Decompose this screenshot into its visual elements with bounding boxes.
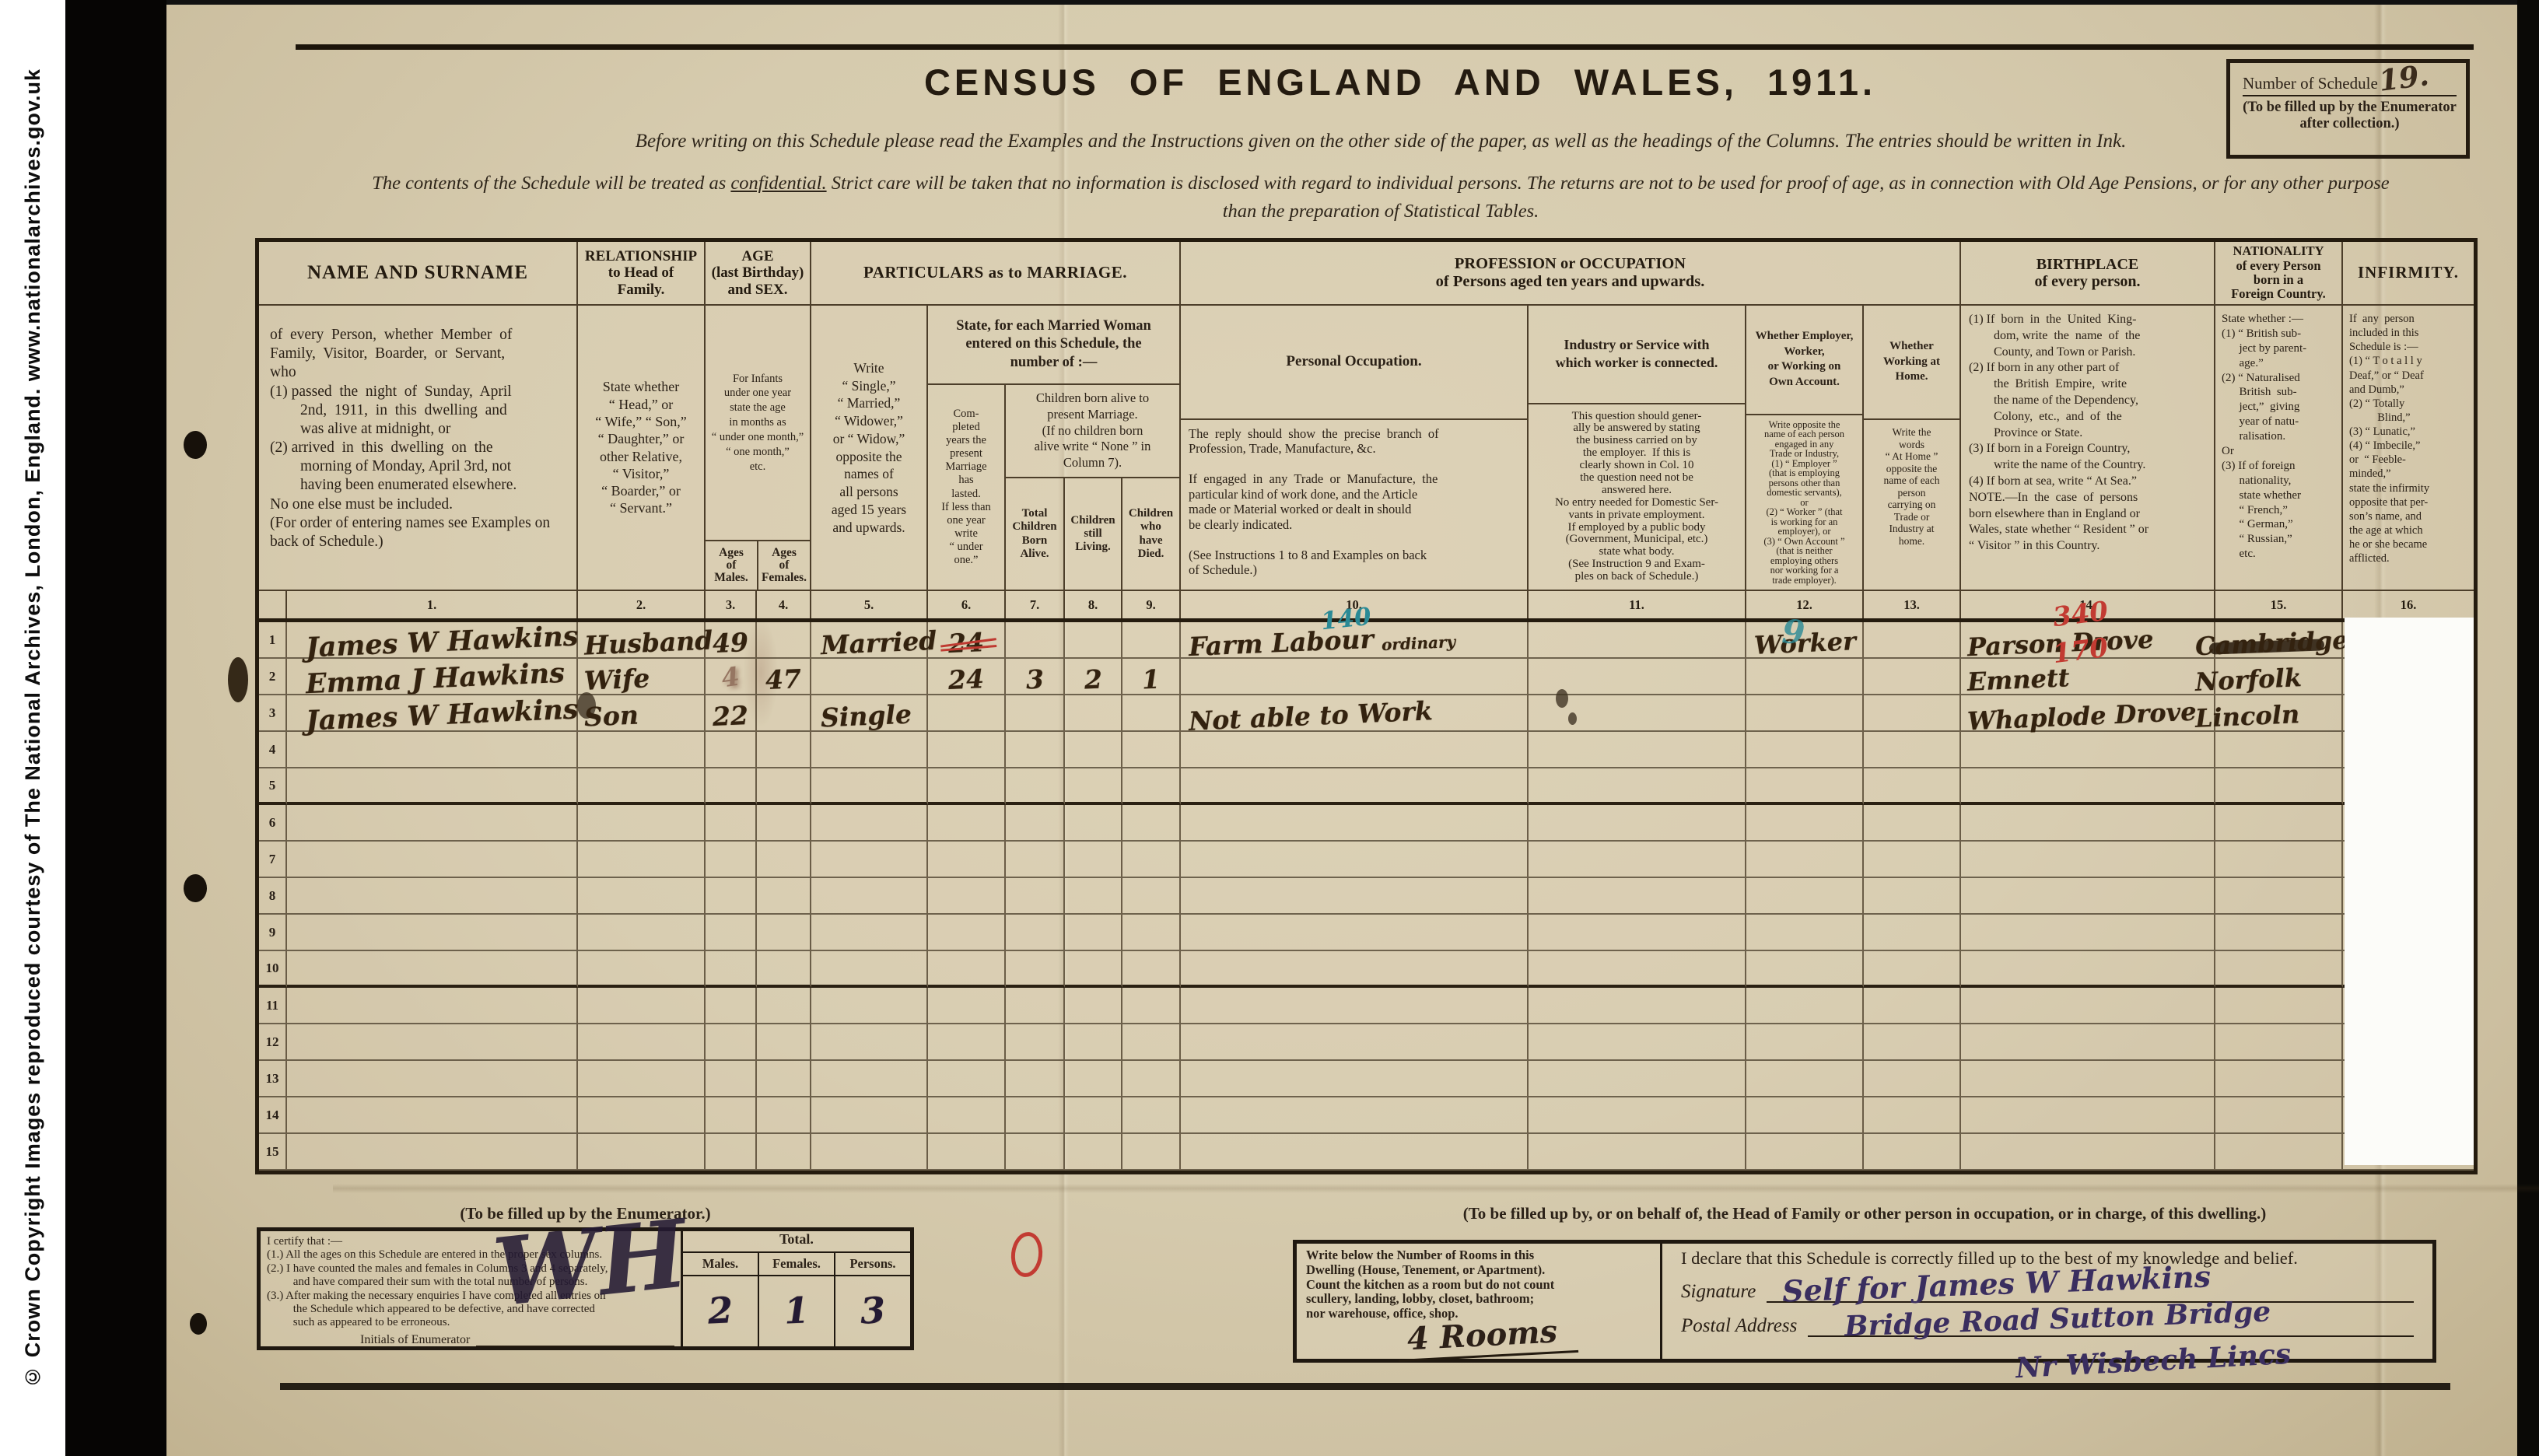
column-number: 13.: [1864, 591, 1961, 618]
cell-ind-row5: [1529, 768, 1746, 805]
cell-born-row6: [1006, 805, 1065, 842]
cell-ind-row11: [1529, 988, 1746, 1024]
row-number: 12: [266, 1034, 279, 1050]
cell-liv-row13: [1065, 1061, 1122, 1097]
employer-worker-column: Whether Employer, Worker, or Working on …: [1746, 306, 1864, 590]
cell-liv-row12: [1065, 1024, 1122, 1061]
cell-liv-row2: 2: [1065, 659, 1122, 695]
cell-occ-row15: [1181, 1134, 1529, 1171]
entry-age_m: 4: [720, 663, 741, 691]
personal-occupation-note: The reply should show the precise branch…: [1181, 420, 1527, 590]
cell-marr-row11: [811, 988, 928, 1024]
cell-born-row15: [1006, 1134, 1065, 1171]
ages-of-males-label: Ages of Males.: [706, 541, 758, 590]
ink-blot: [228, 657, 248, 702]
entry-county: Norfolk: [2194, 665, 2302, 695]
cell-occ-row2: [1181, 659, 1529, 695]
cell-rel-row13: [578, 1061, 706, 1097]
cell-marr-row2: [811, 659, 928, 695]
table-row: 13: [259, 1061, 2474, 1097]
entry-occupation-suffix: ordinary: [1381, 634, 1455, 653]
cell-emp-row2: [1746, 659, 1864, 695]
cell-ind-row13: [1529, 1061, 1746, 1097]
cell-home-row9: [1864, 915, 1961, 951]
industry-column: Industry or Service with which worker is…: [1529, 306, 1746, 590]
cell-num-row1: 1: [259, 622, 287, 659]
cell-bp-row10: [1961, 951, 2215, 988]
cell-died-row5: [1122, 768, 1181, 805]
rooms-instruction: Write below the Number of Rooms in this …: [1306, 1248, 1651, 1321]
total-label: Total.: [683, 1231, 910, 1253]
cell-ind-row10: [1529, 951, 1746, 988]
confidential-word: confidential.: [730, 173, 826, 194]
cell-occ-row11: [1181, 988, 1529, 1024]
cell-born-row4: [1006, 732, 1065, 768]
cell-home-row8: [1864, 878, 1961, 915]
cell-died-row8: [1122, 878, 1181, 915]
cell-liv-row3: [1065, 695, 1122, 732]
row-number-gutter: [259, 591, 287, 618]
cell-num-row14: 14: [259, 1097, 287, 1134]
cell-died-row1: [1122, 622, 1181, 659]
persons-label: Persons.: [835, 1253, 910, 1275]
cell-nat-row14: [2215, 1097, 2343, 1134]
cell-num-row5: 5: [259, 768, 287, 805]
entry-marriage: Married: [820, 628, 937, 658]
nationality-column-description: State whether :— (1) “ British sub- ject…: [2215, 306, 2343, 590]
cell-born-row12: [1006, 1024, 1065, 1061]
cell-marr-row14: [811, 1097, 928, 1134]
females-total-value: 1: [783, 1292, 810, 1328]
column-number: 4.: [757, 591, 811, 618]
entry-age_m: 22: [712, 702, 748, 730]
cell-occ-row9: [1181, 915, 1529, 951]
table-column-descriptions: of every Person, whether Member of Famil…: [259, 306, 2474, 590]
cell-nat-row4: [2215, 732, 2343, 768]
relationship-column-description: State whether “ Head,” or “ Wife,” “ Son…: [578, 306, 706, 590]
cell-yrs-row8: [928, 878, 1006, 915]
cell-liv-row6: [1065, 805, 1122, 842]
cell-yrs-row14: [928, 1097, 1006, 1134]
cell-agef-row1: [757, 622, 811, 659]
cell-rel-row2: Wife: [578, 659, 706, 695]
row-number: 9: [269, 925, 276, 940]
children-born-label: Total Children Born Alive.: [1006, 478, 1065, 590]
cell-liv-row11: [1065, 988, 1122, 1024]
entry-relationship: Son: [583, 702, 639, 730]
cell-nat-row13: [2215, 1061, 2343, 1097]
cell-num-row10: 10: [259, 951, 287, 988]
children-born-note: Children born alive to present Marriage.…: [1006, 385, 1179, 478]
cell-agef-row9: [757, 915, 811, 951]
cell-home-row1: [1864, 622, 1961, 659]
cell-marr-row4: [811, 732, 928, 768]
postal-address-label: Postal Address: [1681, 1315, 1797, 1337]
cell-agem-row1: 49: [706, 622, 757, 659]
working-at-home-column: Whether Working at Home. Write the words…: [1864, 306, 1959, 590]
cell-nat-row5: [2215, 768, 2343, 805]
cell-emp-row6: [1746, 805, 1864, 842]
totals-panel: Total. Males. Females. Persons. 2 1 3: [681, 1231, 910, 1346]
cell-emp-row5: [1746, 768, 1864, 805]
name-column-description: of every Person, whether Member of Famil…: [259, 306, 578, 590]
cell-born-row8: [1006, 878, 1065, 915]
cell-emp-row10: [1746, 951, 1864, 988]
entry-name: James W Hawkins: [305, 695, 579, 734]
cell-agef-row6: [757, 805, 811, 842]
cell-nat-row1: Cambridge: [2215, 622, 2343, 659]
cell-agem-row13: [706, 1061, 757, 1097]
cell-agem-row14: [706, 1097, 757, 1134]
cell-died-row3: [1122, 695, 1181, 732]
cell-home-row13: [1864, 1061, 1961, 1097]
cell-marr-row7: [811, 842, 928, 878]
cell-occ-row3: Not able to Work: [1181, 695, 1529, 732]
cell-num-row8: 8: [259, 878, 287, 915]
cell-nat-row15: [2215, 1134, 2343, 1171]
cell-emp-row9: [1746, 915, 1864, 951]
cell-name-row5: [287, 768, 578, 805]
cell-num-row7: 7: [259, 842, 287, 878]
cell-name-row13: [287, 1061, 578, 1097]
cell-name-row4: [287, 732, 578, 768]
working-at-home-note: Write the words “ At Home ” opposite the…: [1864, 420, 1959, 590]
col-marriage-header: PARTICULARS as to MARRIAGE.: [811, 242, 1181, 306]
cell-agem-row3: 22: [706, 695, 757, 732]
cell-emp-row7: [1746, 842, 1864, 878]
cell-agef-row14: [757, 1097, 811, 1134]
cell-agem-row8: [706, 878, 757, 915]
cell-rel-row7: [578, 842, 706, 878]
cell-born-row5: [1006, 768, 1065, 805]
column-number: 6.: [928, 591, 1006, 618]
cell-liv-row1: [1065, 622, 1122, 659]
cell-emp-row13: [1746, 1061, 1864, 1097]
marriage-years-label: Com- pleted years the present Marriage h…: [928, 385, 1006, 590]
col-relationship-header: RELATIONSHIP to Head of Family.: [578, 242, 706, 306]
table-row: 14: [259, 1097, 2474, 1134]
cell-born-row3: [1006, 695, 1065, 732]
schedule-number-caption: (To be filled up by the Enumerator after…: [2243, 100, 2457, 133]
cell-agem-row5: [706, 768, 757, 805]
cell-rel-row5: [578, 768, 706, 805]
cell-nat-row3: Lincoln: [2215, 695, 2343, 732]
cell-marr-row15: [811, 1134, 928, 1171]
cell-emp-row3: [1746, 695, 1864, 732]
cell-agem-row4: [706, 732, 757, 768]
cell-occ-row4: [1181, 732, 1529, 768]
cell-bp-row4: [1961, 732, 2215, 768]
enumerator-box: I certify that :— (1.) All the ages on t…: [257, 1227, 914, 1350]
cell-nat-row2: Norfolk: [2215, 659, 2343, 695]
cell-ind-row14: [1529, 1097, 1746, 1134]
cell-rel-row4: [578, 732, 706, 768]
table-row: 11: [259, 988, 2474, 1024]
cell-marr-row1: Married: [811, 622, 928, 659]
cell-liv-row9: [1065, 915, 1122, 951]
cell-born-row7: [1006, 842, 1065, 878]
entry-relationship: Husband: [583, 627, 713, 658]
declaration-cell: I declare that this Schedule is correctl…: [1662, 1244, 2432, 1359]
cell-agef-row3: [757, 695, 811, 732]
cell-liv-row14: [1065, 1097, 1122, 1134]
cell-bp-row6: [1961, 805, 2215, 842]
cell-born-row11: [1006, 988, 1065, 1024]
confidential-line2: than the preparation of Statistical Tabl…: [296, 198, 2466, 226]
entry-county: Lincoln: [2194, 702, 2299, 731]
cell-born-row13: [1006, 1061, 1065, 1097]
cell-bp-row5: [1961, 768, 2215, 805]
entry-age_f: 47: [765, 666, 801, 693]
males-total-value: 2: [707, 1292, 734, 1328]
cell-occ-row7: [1181, 842, 1529, 878]
cell-bp-row13: [1961, 1061, 2215, 1097]
cell-name-row14: [287, 1097, 578, 1134]
cell-died-row9: [1122, 915, 1181, 951]
cell-ind-row2: [1529, 659, 1746, 695]
row-number: 3: [269, 705, 276, 721]
column-number: 9.: [1122, 591, 1181, 618]
table-row: 2Emma J HawkinsWife44724321Emnett170Norf…: [259, 659, 2474, 695]
cell-ind-row7: [1529, 842, 1746, 878]
row-number: 7: [269, 852, 276, 867]
cell-agef-row8: [757, 878, 811, 915]
column-number: 15.: [2215, 591, 2343, 618]
cell-agef-row12: [757, 1024, 811, 1061]
copyright-strip: © Crown Copyright Images reproduced cour…: [0, 0, 65, 1456]
cell-num-row2: 2: [259, 659, 287, 695]
cell-marr-row5: [811, 768, 928, 805]
entry-living: 2: [1084, 667, 1102, 693]
cell-home-row2: [1864, 659, 1961, 695]
redaction-block: [2345, 618, 2474, 1165]
cell-agem-row6: [706, 805, 757, 842]
rooms-cell: Write below the Number of Rooms in this …: [1297, 1244, 1662, 1359]
cell-emp-row14: [1746, 1097, 1864, 1134]
cell-ind-row8: [1529, 878, 1746, 915]
cell-yrs-row11: [928, 988, 1006, 1024]
cell-died-row11: [1122, 988, 1181, 1024]
cell-nat-row7: [2215, 842, 2343, 878]
cell-emp-row12: [1746, 1024, 1864, 1061]
blue-annotation: 9: [1781, 612, 1806, 652]
cell-ind-row1: [1529, 622, 1746, 659]
paper-crease: [333, 1184, 2539, 1193]
table-row: 3James W HawkinsSon22SingleNot able to W…: [259, 695, 2474, 732]
row-number: 13: [266, 1071, 279, 1087]
cell-yrs-row15: [928, 1134, 1006, 1171]
cell-nat-row11: [2215, 988, 2343, 1024]
householder-box: Write below the Number of Rooms in this …: [1293, 1240, 2436, 1363]
cell-name-row11: [287, 988, 578, 1024]
cell-rel-row3: Son: [578, 695, 706, 732]
cell-name-row3: James W Hawkins: [287, 695, 578, 732]
cell-ind-row4: [1529, 732, 1746, 768]
blue-annotation: 140: [1319, 603, 1372, 636]
table-row: 1James W HawkinsHusband49Married24Farm L…: [259, 622, 2474, 659]
cell-agef-row13: [757, 1061, 811, 1097]
industry-note: This question should gener- ally be answ…: [1529, 404, 1745, 590]
instruction-line: Before writing on this Schedule please r…: [296, 131, 2466, 152]
column-number: 11.: [1529, 591, 1746, 618]
cell-num-row4: 4: [259, 732, 287, 768]
col-birthplace-header: BIRTHPLACE of every person.: [1961, 242, 2215, 306]
column-number: 3.: [706, 591, 757, 618]
entry-age_m: 49: [712, 629, 748, 656]
entry-years: 24: [947, 666, 984, 693]
personal-occupation-column: Personal Occupation. The reply should sh…: [1181, 306, 1529, 590]
cell-yrs-row3: [928, 695, 1006, 732]
married-woman-note: State, for each Married Woman entered on…: [928, 306, 1179, 385]
table-row: 10: [259, 951, 2474, 988]
cell-yrs-row6: [928, 805, 1006, 842]
cell-rel-row14: [578, 1097, 706, 1134]
cell-ind-row6: [1529, 805, 1746, 842]
cell-agem-row10: [706, 951, 757, 988]
marriage-single-note: Write “ Single,” “ Married,” “ Widower,”…: [811, 306, 928, 590]
cell-agem-row9: [706, 915, 757, 951]
cell-agem-row2: 4: [706, 659, 757, 695]
copyright-text: © Crown Copyright Images reproduced cour…: [21, 68, 45, 1388]
cell-agem-row11: [706, 988, 757, 1024]
personal-occupation-label: Personal Occupation.: [1181, 306, 1527, 420]
cell-bp-row14: [1961, 1097, 2215, 1134]
cell-num-row9: 9: [259, 915, 287, 951]
red-annotation: 170: [2051, 632, 2110, 670]
initials-underline: [476, 1334, 674, 1347]
census-table: NAME AND SURNAME RELATIONSHIP to Head of…: [255, 238, 2478, 1174]
cell-occ-row13: [1181, 1061, 1529, 1097]
cell-rel-row10: [578, 951, 706, 988]
enumerator-initials-signature: WH: [489, 1207, 691, 1320]
birthplace-column-description: (1) If born in the United King- dom, wri…: [1961, 306, 2215, 590]
row-number: 10: [266, 961, 279, 976]
cell-agef-row11: [757, 988, 811, 1024]
row-number: 6: [269, 815, 276, 831]
cell-bp-row2: Emnett170: [1961, 659, 2215, 695]
cell-yrs-row1: 24: [928, 622, 1006, 659]
children-died-label: Children who have Died.: [1122, 478, 1179, 590]
cell-born-row9: [1006, 915, 1065, 951]
page-title: CENSUS OF ENGLAND AND WALES, 1911.: [467, 61, 2334, 103]
row-number: 4: [269, 742, 276, 758]
cell-agef-row10: [757, 951, 811, 988]
cell-ind-row3: [1529, 695, 1746, 732]
cell-died-row4: [1122, 732, 1181, 768]
infirmity-column-description: If any person included in this Schedule …: [2343, 306, 2474, 590]
cell-home-row11: [1864, 988, 1961, 1024]
cell-home-row6: [1864, 805, 1961, 842]
cell-agem-row15: [706, 1134, 757, 1171]
children-living-label: Children still Living.: [1065, 478, 1122, 590]
cell-occ-row5: [1181, 768, 1529, 805]
cell-yrs-row13: [928, 1061, 1006, 1097]
cell-marr-row12: [811, 1024, 928, 1061]
cell-nat-row6: [2215, 805, 2343, 842]
scan-black-margin: [65, 0, 166, 1456]
cell-num-row12: 12: [259, 1024, 287, 1061]
column-number: 5.: [811, 591, 928, 618]
col-infirmity-header: INFIRMITY.: [2343, 242, 2474, 306]
marriage-column-description: Write “ Single,” “ Married,” “ Widower,”…: [811, 306, 1181, 590]
entry-born: 3: [1025, 667, 1044, 693]
punch-hole: [184, 874, 207, 902]
cell-rel-row9: [578, 915, 706, 951]
cell-born-row14: [1006, 1097, 1065, 1134]
punch-hole: [190, 1313, 207, 1335]
industry-label: Industry or Service with which worker is…: [1529, 306, 1745, 404]
row-number: 5: [269, 778, 276, 793]
table-row: 9: [259, 915, 2474, 951]
cell-born-row1: [1006, 622, 1065, 659]
cell-rel-row15: [578, 1134, 706, 1171]
cell-emp-row1: Worker9: [1746, 622, 1864, 659]
cell-marr-row3: Single: [811, 695, 928, 732]
cell-yrs-row9: [928, 915, 1006, 951]
cell-home-row12: [1864, 1024, 1961, 1061]
cell-occ-row1: Farm Labour140ordinary: [1181, 622, 1529, 659]
cell-liv-row15: [1065, 1134, 1122, 1171]
persons-total-value: 3: [860, 1292, 886, 1328]
cell-agef-row7: [757, 842, 811, 878]
confidential-text: The contents of the Schedule will be tre…: [372, 173, 730, 194]
schedule-number-label: Number of Schedule: [2243, 74, 2378, 93]
entry-name: Emma J Hawkins: [305, 660, 565, 698]
ages-of-females-label: Ages of Females.: [758, 541, 810, 590]
paper-fold-rule: [280, 1383, 2450, 1390]
cell-yrs-row2: 24: [928, 659, 1006, 695]
cell-nat-row12: [2215, 1024, 2343, 1061]
table-row: 12: [259, 1024, 2474, 1061]
cell-bp-row15: [1961, 1134, 2215, 1171]
cell-bp-row11: [1961, 988, 2215, 1024]
cell-num-row3: 3: [259, 695, 287, 732]
table-body: 1James W HawkinsHusband49Married24Farm L…: [259, 622, 2474, 1171]
cell-died-row15: [1122, 1134, 1181, 1171]
profession-column-description: Personal Occupation. The reply should sh…: [1181, 306, 1961, 590]
cell-yrs-row12: [928, 1024, 1006, 1061]
employer-worker-note: Write opposite the name of each person e…: [1746, 415, 1862, 590]
row-number: 2: [269, 669, 276, 684]
cell-ind-row9: [1529, 915, 1746, 951]
confidential-text: Strict care will be taken that no inform…: [827, 173, 2390, 194]
scanned-census-page: © Crown Copyright Images reproduced cour…: [0, 0, 2539, 1456]
cell-liv-row5: [1065, 768, 1122, 805]
cell-occ-row8: [1181, 878, 1529, 915]
entry-name: James W Hawkins: [305, 622, 579, 661]
cell-occ-row6: [1181, 805, 1529, 842]
cell-born-row2: 3: [1006, 659, 1065, 695]
employer-worker-label: Whether Employer, Worker, or Working on …: [1746, 306, 1862, 415]
entry-county: Cambridge: [2194, 628, 2348, 660]
cell-nat-row10: [2215, 951, 2343, 988]
cell-home-row10: [1864, 951, 1961, 988]
cell-name-row15: [287, 1134, 578, 1171]
entry-occupation: Not able to Work: [1188, 698, 1433, 734]
cell-died-row12: [1122, 1024, 1181, 1061]
householder-section-heading: (To be filled up by, or on behalf of, th…: [1293, 1204, 2436, 1223]
column-number: 2.: [578, 591, 706, 618]
entry-died: 1: [1141, 667, 1160, 693]
table-row: 4: [259, 732, 2474, 768]
cell-nat-row8: [2215, 878, 2343, 915]
age-infants-note: For Infants under one year state the age…: [706, 306, 810, 541]
row-number: 8: [269, 888, 276, 904]
cell-marr-row8: [811, 878, 928, 915]
cell-bp-row3: Whaplode Drove: [1961, 695, 2215, 732]
cell-died-row7: [1122, 842, 1181, 878]
cell-liv-row8: [1065, 878, 1122, 915]
